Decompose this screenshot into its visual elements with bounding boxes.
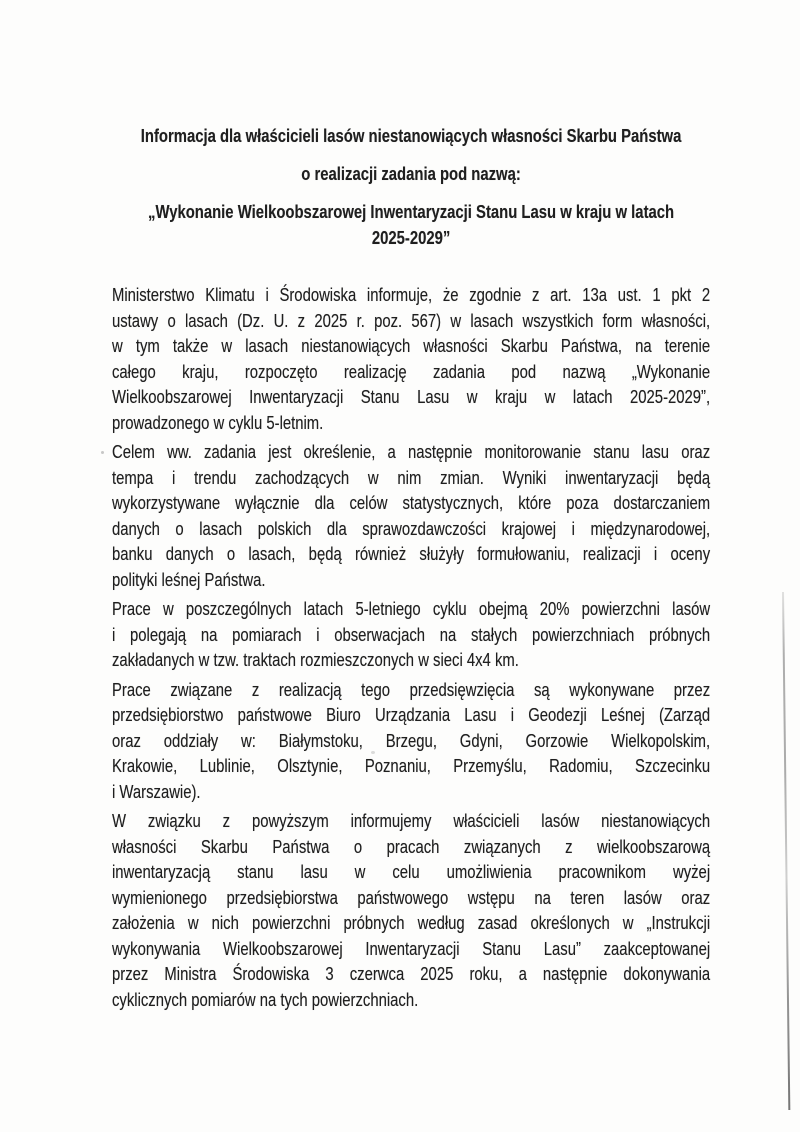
paragraph-line: całego kraju, rozpoczęto realizację zada… [112,360,710,386]
scan-speckle [371,751,375,754]
paragraph: Celem ww. zadania jest określenie, a nas… [112,440,710,593]
paragraph-line: Celem ww. zadania jest określenie, a nas… [112,440,710,466]
paragraph-line: Prace związane z realizacją tego przedsi… [112,678,710,704]
scan-artifact-line [782,592,790,1110]
title-line-3: „Wykonanie Wielkoobszarowej Inwentaryzac… [112,200,710,226]
document-paragraphs: Ministerstwo Klimatu i Środowiska inform… [112,283,710,1017]
paragraph-line: Prace w poszczególnych latach 5-letniego… [112,597,710,623]
paragraph-line: założenia w nich powierzchni próbnych we… [112,911,710,937]
paragraph-line: własności Skarbu Państwa o pracach związ… [112,835,710,861]
paragraph-line: wykonywania Wielkoobszarowej Inwentaryza… [112,937,710,963]
title-line-4: 2025-2029” [112,226,710,252]
paragraph-line: inwentaryzacją stanu lasu w celu umożliw… [112,860,710,886]
title-line-2: o realizacji zadania pod nazwą: [112,162,710,188]
paragraph-line: ustawy o lasach (Dz. U. z 2025 r. poz. 5… [112,309,710,335]
paragraph-line: wymienionego przedsiębiorstwa państwoweg… [112,886,710,912]
paragraph-line: danych o lasach polskich dla sprawozdawc… [112,517,710,543]
paragraph-line: Wielkoobszarowej Inwentaryzacji Stanu La… [112,385,710,411]
paragraph: Ministerstwo Klimatu i Środowiska inform… [112,283,710,436]
paragraph-line: polityki leśnej Państwa. [112,568,710,594]
paragraph-line: cyklicznych pomiarów na tych powierzchni… [112,988,710,1014]
paragraph-line: przez Ministra Środowiska 3 czerwca 2025… [112,962,710,988]
paragraph: Prace w poszczególnych latach 5-letniego… [112,597,710,674]
paragraph-line: Krakowie, Lublinie, Olsztynie, Poznaniu,… [112,754,710,780]
paragraph-line: wykorzystywane wyłącznie dla celów staty… [112,491,710,517]
paragraph-line: i polegają na pomiarach i obserwacjach n… [112,623,710,649]
paragraph-line: prowadzonego w cyklu 5-letnim. [112,411,710,437]
document-title: Informacja dla właścicieli lasów niestan… [112,124,710,251]
paragraph-line: banku danych o lasach, będą również służ… [112,542,710,568]
paragraph-line: tempa i trendu zachodzących w nim zmian.… [112,466,710,492]
paragraph-line: zakładanych w tzw. traktach rozmieszczon… [112,648,710,674]
paragraph: W związku z powyższym informujemy właści… [112,809,710,1013]
scan-speckle [101,451,104,454]
paragraph-line: w tym także w lasach niestanowiących wła… [112,334,710,360]
paragraph-line: oraz oddziały w: Białymstoku, Brzegu, Gd… [112,729,710,755]
paragraph-line: przedsiębiorstwo państwowe Biuro Urządza… [112,703,710,729]
paragraph-line: i Warszawie). [112,780,710,806]
paragraph: Prace związane z realizacją tego przedsi… [112,678,710,806]
title-line-1: Informacja dla właścicieli lasów niestan… [112,124,710,150]
paragraph-line: Ministerstwo Klimatu i Środowiska inform… [112,283,710,309]
paragraph-line: W związku z powyższym informujemy właści… [112,809,710,835]
scanned-document-page: Informacja dla właścicieli lasów niestan… [0,0,800,1132]
